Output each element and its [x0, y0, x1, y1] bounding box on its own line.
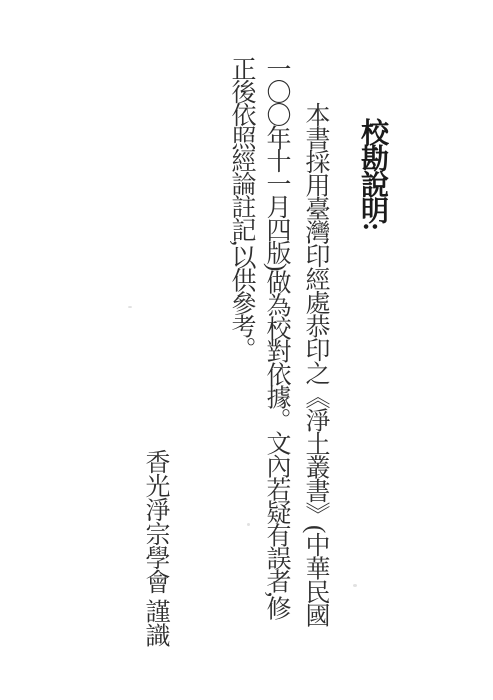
body-column-3: 正後依照經論註記,以供參考。 — [223, 56, 259, 359]
body-column-2: 一〇〇年十一月四版)做為校對依據。文內若疑有誤者,修 — [258, 56, 294, 619]
signature: 香光淨宗學會 謹識 — [137, 449, 173, 646]
scan-speck — [353, 584, 357, 587]
scanned-document-page: 校勘說明: 本書採用臺灣印經處恭印之《淨土叢書》(中華民國 一〇〇年十一月四版)… — [0, 0, 493, 700]
page-title: 校勘說明: — [352, 118, 392, 229]
scan-speck — [128, 306, 132, 308]
scan-speck — [247, 523, 250, 526]
body-column-1: 本書採用臺灣印經處恭印之《淨土叢書》(中華民國 — [297, 102, 333, 626]
